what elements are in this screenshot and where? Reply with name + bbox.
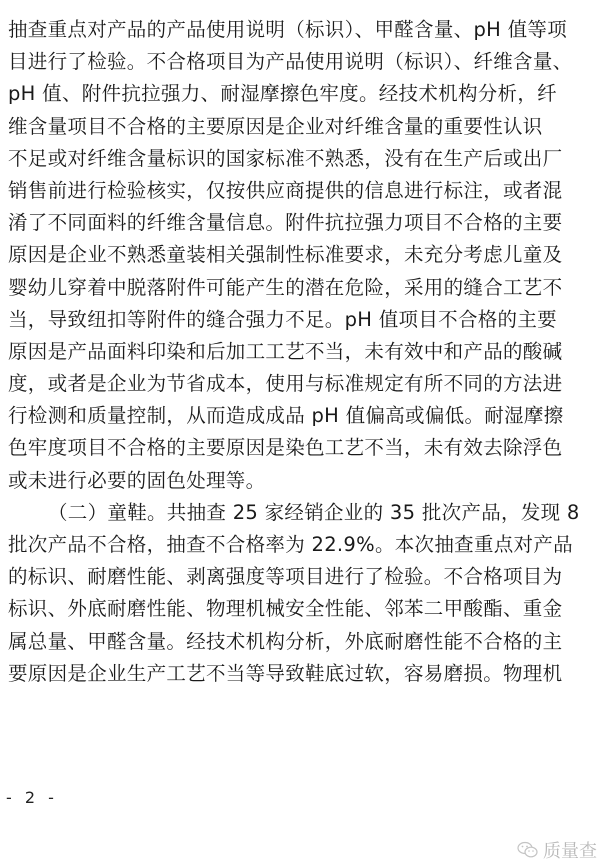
text-line: 目进行了检验。不合格项目为产品使用说明（标识）、纤维含量、: [8, 46, 464, 78]
text-line: 批次产品不合格，抽查不合格率为 22.9%。本次抽查重点对产品: [8, 529, 464, 561]
watermark-text: 质量查: [543, 837, 597, 863]
text-line: 当，导致纽扣等附件的缝合强力不足。pH 值项目不合格的主要: [8, 304, 464, 336]
document-body: 抽查重点对产品的产品使用说明（标识）、甲醛含量、pH 值等项 目进行了检验。不合…: [8, 14, 464, 690]
text-line: 的标识、耐磨性能、剥离强度等项目进行了检验。不合格项目为: [8, 561, 464, 593]
text-line: 原因是产品面料印染和后加工工艺不当，未有效中和产品的酸碱: [8, 336, 464, 368]
text-line: 或未进行必要的固色处理等。: [8, 465, 464, 497]
text-line: pH 值、附件抗拉强力、耐湿摩擦色牢度。经技术机构分析，纤: [8, 78, 464, 110]
text-line: 标识、外底耐磨性能、物理机械安全性能、邻苯二甲酸酯、重金: [8, 593, 464, 625]
text-line: 色牢度项目不合格的主要原因是染色工艺不当，未有效去除浮色: [8, 432, 464, 464]
text-line: 不足或对纤维含量标识的国家标准不熟悉，没有在生产后或出厂: [8, 143, 464, 175]
text-line: 行检测和质量控制，从而造成成品 pH 值偏高或偏低。耐湿摩擦: [8, 400, 464, 432]
text-line: 婴幼儿穿着中脱落附件可能产生的潜在危险，采用的缝合工艺不: [8, 272, 464, 304]
text-line: 要原因是企业生产工艺不当等导致鞋底过软，容易磨损。物理机: [8, 658, 464, 690]
wechat-icon: [517, 841, 539, 859]
text-line: 抽查重点对产品的产品使用说明（标识）、甲醛含量、pH 值等项: [8, 14, 464, 46]
watermark: 质量查: [517, 837, 597, 863]
text-line: 度，或者是企业为节省成本，使用与标准规定有所不同的方法进: [8, 368, 464, 400]
page-number: - 2 -: [6, 788, 58, 807]
section-heading-line: （二）童鞋。共抽查 25 家经销企业的 35 批次产品，发现 8: [8, 497, 464, 529]
text-line: 维含量项目不合格的主要原因是企业对纤维含量的重要性认识: [8, 111, 464, 143]
text-line: 原因是企业不熟悉童装相关强制性标准要求，未充分考虑儿童及: [8, 239, 464, 271]
text-line: 淆了不同面料的纤维含量信息。附件抗拉强力项目不合格的主要: [8, 207, 464, 239]
text-line: 属总量、甲醛含量。经技术机构分析，外底耐磨性能不合格的主: [8, 626, 464, 658]
text-line: 销售前进行检验核实，仅按供应商提供的信息进行标注，或者混: [8, 175, 464, 207]
